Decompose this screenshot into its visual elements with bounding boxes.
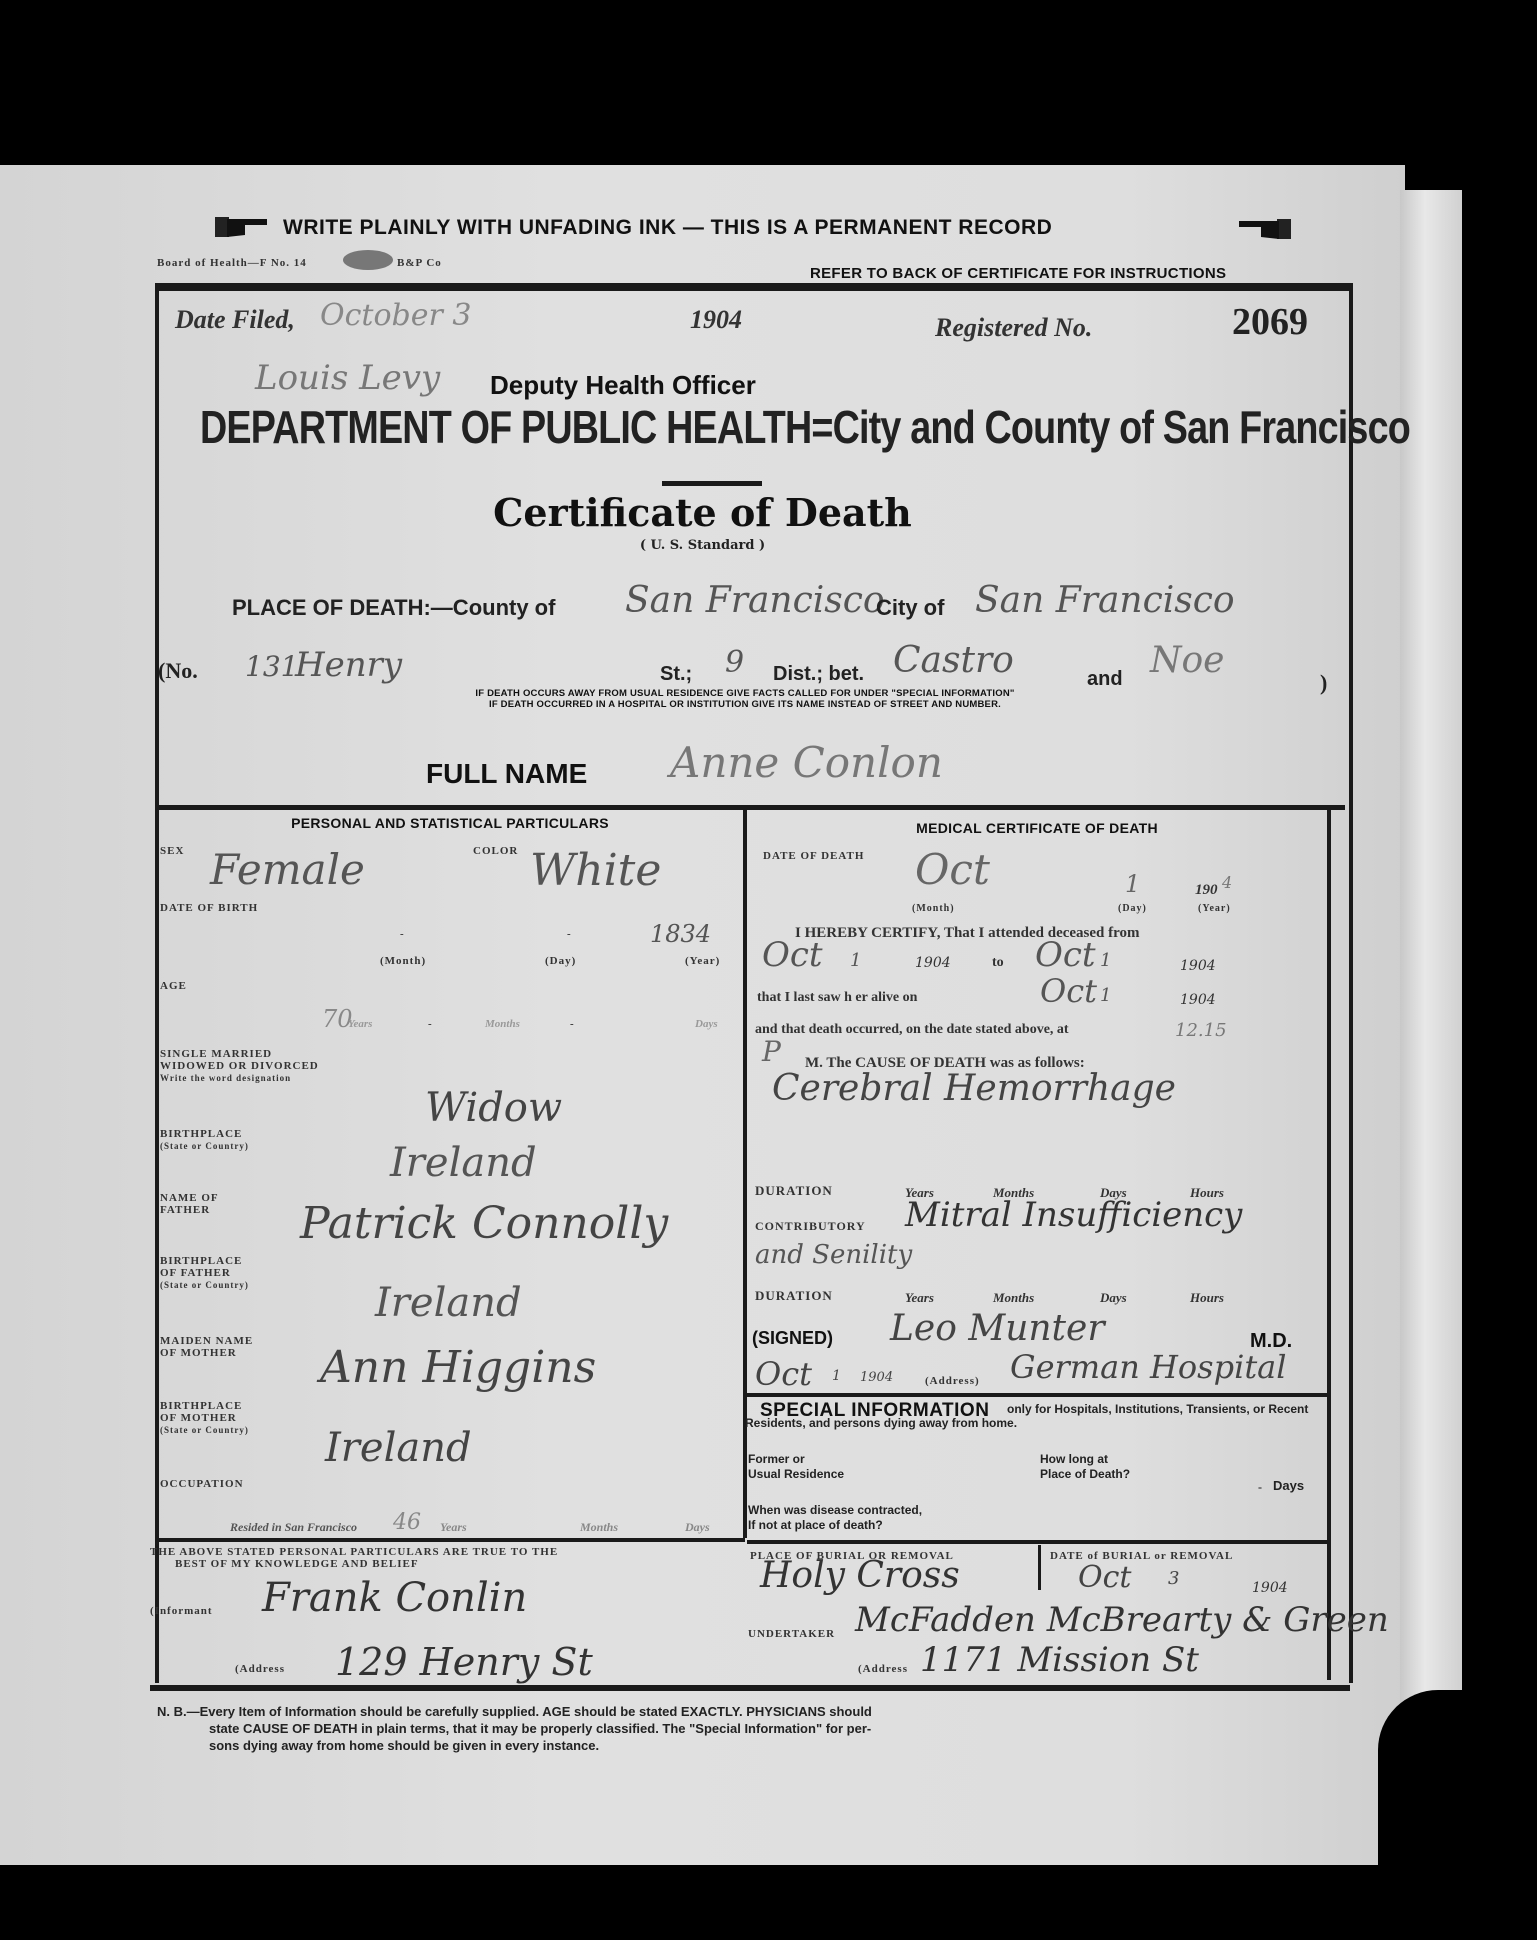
dob-year: 1834 (650, 920, 711, 948)
marital-label-2: WIDOWED OR DIVORCED (160, 1060, 319, 1072)
undertaker-label: UNDERTAKER (748, 1628, 835, 1640)
month-label: (Month) (380, 955, 426, 967)
between-street-1: Castro (893, 640, 1014, 681)
dod-month: Oct (915, 845, 990, 894)
father-bp-label-3: (State or Country) (160, 1279, 249, 1291)
street-number: 131 (245, 650, 298, 683)
sex-value: Female (210, 845, 365, 894)
age-years-label: Years (348, 1018, 372, 1030)
date-filed-year: 1904 (690, 305, 742, 335)
dob-day: - (567, 928, 572, 940)
duration-years-2: Years (905, 1290, 934, 1306)
informant-address-label: (Address (235, 1663, 285, 1675)
contracted-label: When was disease contracted, If not at p… (748, 1503, 922, 1533)
how-long-days-label: Days (1273, 1478, 1304, 1493)
informant-statement-1: THE ABOVE STATED PERSONAL PARTICULARS AR… (150, 1546, 740, 1558)
special-rule (747, 1393, 1327, 1397)
banner: WRITE PLAINLY WITH UNFADING INK — THIS I… (215, 213, 1305, 243)
resided-label: Resided in San Francisco (230, 1520, 357, 1535)
scan-shadow (1378, 1690, 1537, 1940)
signed-day: 1 (832, 1368, 841, 1384)
how-long-label: How long at Place of Death? (1040, 1452, 1130, 1482)
last-saw-month: Oct (1040, 972, 1097, 1010)
physician-signature: Leo Munter (890, 1308, 1105, 1349)
former-residence-label: Former or Usual Residence (748, 1452, 844, 1482)
occupation-label: OCCUPATION (160, 1478, 244, 1490)
paren-close: ) (1320, 670, 1327, 696)
burial-rule (747, 1540, 1327, 1544)
resided-years: 46 (393, 1510, 421, 1535)
officer-signature: Louis Levy (255, 358, 440, 398)
attended-to-year: 1904 (1180, 958, 1216, 974)
how-long-value: - (1258, 1480, 1262, 1495)
form-number: Board of Health—F No. 14 (157, 257, 307, 269)
st-label: St.; (660, 663, 692, 686)
section-rule (155, 805, 1345, 810)
physician-address: German Hospital (1010, 1348, 1286, 1386)
full-name-label: FULL NAME (426, 758, 587, 790)
dod-year-prefix: 190 (1195, 882, 1218, 899)
mother-label-2: OF MOTHER (160, 1347, 253, 1359)
resided-years-label: Years (440, 1520, 467, 1535)
day-label: (Day) (545, 955, 576, 967)
birthplace-value: Ireland (390, 1140, 537, 1186)
age-months: - (428, 1018, 433, 1030)
full-name-value: Anne Conlon (670, 738, 943, 787)
resided-months-label: Months (580, 1520, 618, 1535)
informant-name: Frank Conlin (262, 1575, 527, 1621)
burial-divider (1038, 1545, 1041, 1590)
former-label-2: Usual Residence (748, 1467, 844, 1482)
informant-statement-2: BEST OF MY KNOWLEDGE AND BELIEF (150, 1558, 740, 1570)
marital-label: SINGLE MARRIED WIDOWED OR DIVORCED Write… (160, 1048, 319, 1084)
place-label: PLACE OF DEATH:—County of (232, 595, 555, 621)
dob-month: - (400, 928, 405, 940)
undertaker-address: 1171 Mission St (920, 1640, 1199, 1680)
district-label: Dist.; bet. (773, 663, 864, 686)
date-filed-value: October 3 (320, 298, 471, 333)
county-value: San Francisco (625, 580, 885, 621)
city-value: San Francisco (975, 580, 1235, 621)
dod-year-suffix: 4 (1222, 873, 1232, 892)
contributory-cause-1: Mitral Insufficiency (905, 1195, 1242, 1235)
mother-birthplace-label: BIRTHPLACE OF MOTHER (State or Country) (160, 1400, 249, 1436)
medical-heading: MEDICAL CERTIFICATE OF DEATH (747, 820, 1327, 836)
us-standard: ( U. S. Standard ) (0, 538, 1405, 553)
top-rule (155, 283, 1353, 291)
birthplace-label-2: (State or Country) (160, 1140, 249, 1152)
right-inner-border (1327, 810, 1331, 1680)
informant-statement: THE ABOVE STATED PERSONAL PARTICULARS AR… (150, 1546, 740, 1570)
attended-to-month: Oct (1035, 935, 1096, 975)
footer-note-line-2: state CAUSE OF DEATH in plain terms, tha… (157, 1720, 872, 1737)
how-long-label-2: Place of Death? (1040, 1467, 1130, 1482)
death-meridiem: P (762, 1035, 781, 1068)
year-label: (Year) (685, 955, 720, 967)
signed-label: (SIGNED) (752, 1328, 833, 1349)
title-rule (662, 481, 762, 486)
age-days: - (570, 1018, 575, 1030)
father-bp-label-2: OF FATHER (160, 1267, 249, 1279)
city-label: City of (876, 595, 944, 621)
to-label: to (992, 955, 1004, 971)
personal-heading: PERSONAL AND STATISTICAL PARTICULARS (155, 815, 745, 831)
last-saw-year: 1904 (1180, 992, 1216, 1008)
undertaker-address-label: (Address (858, 1663, 908, 1675)
contributory-label: CONTRIBUTORY (755, 1220, 866, 1232)
footer-note: N. B.—Every Item of Information should b… (157, 1703, 872, 1754)
dod-label: DATE OF DEATH (763, 850, 864, 862)
color-value: White (530, 845, 661, 896)
dod-month-label: (Month) (912, 903, 955, 915)
pointing-hand-icon (215, 215, 271, 239)
how-long-label-1: How long at (1040, 1452, 1130, 1467)
duration-label-2: DURATION (755, 1290, 833, 1302)
father-bp-label-1: BIRTHPLACE (160, 1255, 249, 1267)
father-birthplace-label: BIRTHPLACE OF FATHER (State or Country) (160, 1255, 249, 1291)
age-months-label: Months (485, 1018, 520, 1030)
cause-of-death: Cerebral Hemorrhage (772, 1068, 1176, 1109)
burial-year: 1904 (1252, 1580, 1288, 1596)
attended-from-month: Oct (762, 935, 823, 975)
informant-address: 129 Henry St (335, 1640, 593, 1684)
signed-month: Oct (755, 1355, 812, 1393)
dod-day: 1 (1125, 870, 1140, 898)
department-title: DEPARTMENT OF PUBLIC HEALTH=City and Cou… (200, 400, 1135, 454)
color-label: COLOR (473, 845, 518, 857)
mother-birthplace: Ireland (325, 1425, 472, 1471)
contracted-label-2: If not at place of death? (748, 1518, 922, 1533)
certificate-title: Certificate of Death (0, 490, 1405, 535)
footer-note-line-3: sons dying away from home should be give… (157, 1737, 872, 1754)
place-note-line-2: IF DEATH OCCURRED IN A HOSPITAL OR INSTI… (305, 699, 1185, 710)
death-time: 12.15 (1175, 1020, 1227, 1041)
refer-instructions: REFER TO BACK OF CERTIFICATE FOR INSTRUC… (810, 265, 1226, 282)
registered-label: Registered No. (935, 313, 1092, 343)
physician-address-label: (Address) (925, 1375, 980, 1387)
pointing-hand-icon-right (1235, 217, 1291, 241)
officer-title: Deputy Health Officer (490, 370, 756, 401)
undertaker-name: McFadden McBrearty & Green (855, 1600, 1389, 1640)
special-subheading: only for Hospitals, Institutions, Transi… (745, 1402, 1325, 1430)
age-days-label: Days (695, 1018, 718, 1030)
place-note-line-1: IF DEATH OCCURS AWAY FROM USUAL RESIDENC… (305, 688, 1185, 699)
attended-from-day: 1 (850, 950, 861, 971)
birthplace-label-1: BIRTHPLACE (160, 1128, 249, 1140)
mother-label: MAIDEN NAME OF MOTHER (160, 1335, 253, 1359)
last-saw-text: that I last saw h er alive on (757, 990, 917, 1006)
date-filed-label: Date Filed, (175, 305, 295, 335)
burial-month: Oct (1078, 1560, 1131, 1595)
duration-months-2: Months (993, 1290, 1034, 1306)
marital-label-3: Write the word designation (160, 1072, 319, 1084)
seal-icon (343, 250, 393, 270)
banner-text: WRITE PLAINLY WITH UNFADING INK — THIS I… (283, 216, 1052, 240)
burial-day: 3 (1168, 1568, 1179, 1589)
burial-place: Holy Cross (760, 1555, 960, 1596)
father-label-2: FATHER (160, 1204, 219, 1216)
place-note: IF DEATH OCCURS AWAY FROM USUAL RESIDENC… (305, 688, 1185, 710)
street-name: Henry (295, 645, 402, 685)
duration-label-1: DURATION (755, 1185, 833, 1197)
dod-year-label: (Year) (1198, 903, 1231, 915)
attended-from-year: 1904 (915, 955, 951, 971)
signed-year: 1904 (860, 1370, 893, 1385)
mother-name: Ann Higgins (320, 1342, 596, 1393)
mother-bp-label-2: OF MOTHER (160, 1412, 249, 1424)
duration-days-2: Days (1100, 1290, 1127, 1306)
occurred-text: and that death occurred, on the date sta… (755, 1022, 1069, 1038)
marital-value: Widow (425, 1085, 562, 1131)
registered-number: 2069 (1232, 300, 1308, 344)
dod-day-label: (Day) (1118, 903, 1147, 915)
resided-days-label: Days (685, 1520, 710, 1535)
printer-mark: B&P Co (397, 257, 442, 269)
contributory-cause-2: and Senility (755, 1240, 912, 1270)
father-label: NAME OF FATHER (160, 1192, 219, 1216)
mother-label-1: MAIDEN NAME (160, 1335, 253, 1347)
age-label: AGE (160, 980, 187, 992)
bottom-rule (150, 1685, 1350, 1691)
district-value: 9 (725, 645, 744, 680)
contracted-label-1: When was disease contracted, (748, 1503, 922, 1518)
between-street-2: Noe (1150, 640, 1224, 681)
attended-to-day: 1 (1100, 950, 1111, 971)
father-label-1: NAME OF (160, 1192, 219, 1204)
father-birthplace: Ireland (375, 1280, 522, 1326)
duration-hours-2: Hours (1190, 1290, 1224, 1306)
sex-label: SEX (160, 845, 184, 857)
street-no-label: (No. (158, 658, 198, 684)
dob-label: DATE OF BIRTH (160, 902, 258, 914)
informant-rule (155, 1538, 745, 1542)
mother-bp-label-1: BIRTHPLACE (160, 1400, 249, 1412)
footer-note-line-1: N. B.—Every Item of Information should b… (157, 1703, 872, 1720)
mother-bp-label-3: (State or Country) (160, 1424, 249, 1436)
father-name: Patrick Connolly (300, 1198, 668, 1249)
informant-label: (Informant (150, 1605, 213, 1617)
last-saw-day: 1 (1100, 985, 1111, 1006)
birthplace-label: BIRTHPLACE (State or Country) (160, 1128, 249, 1152)
marital-label-1: SINGLE MARRIED (160, 1048, 319, 1060)
former-label-1: Former or (748, 1452, 844, 1467)
